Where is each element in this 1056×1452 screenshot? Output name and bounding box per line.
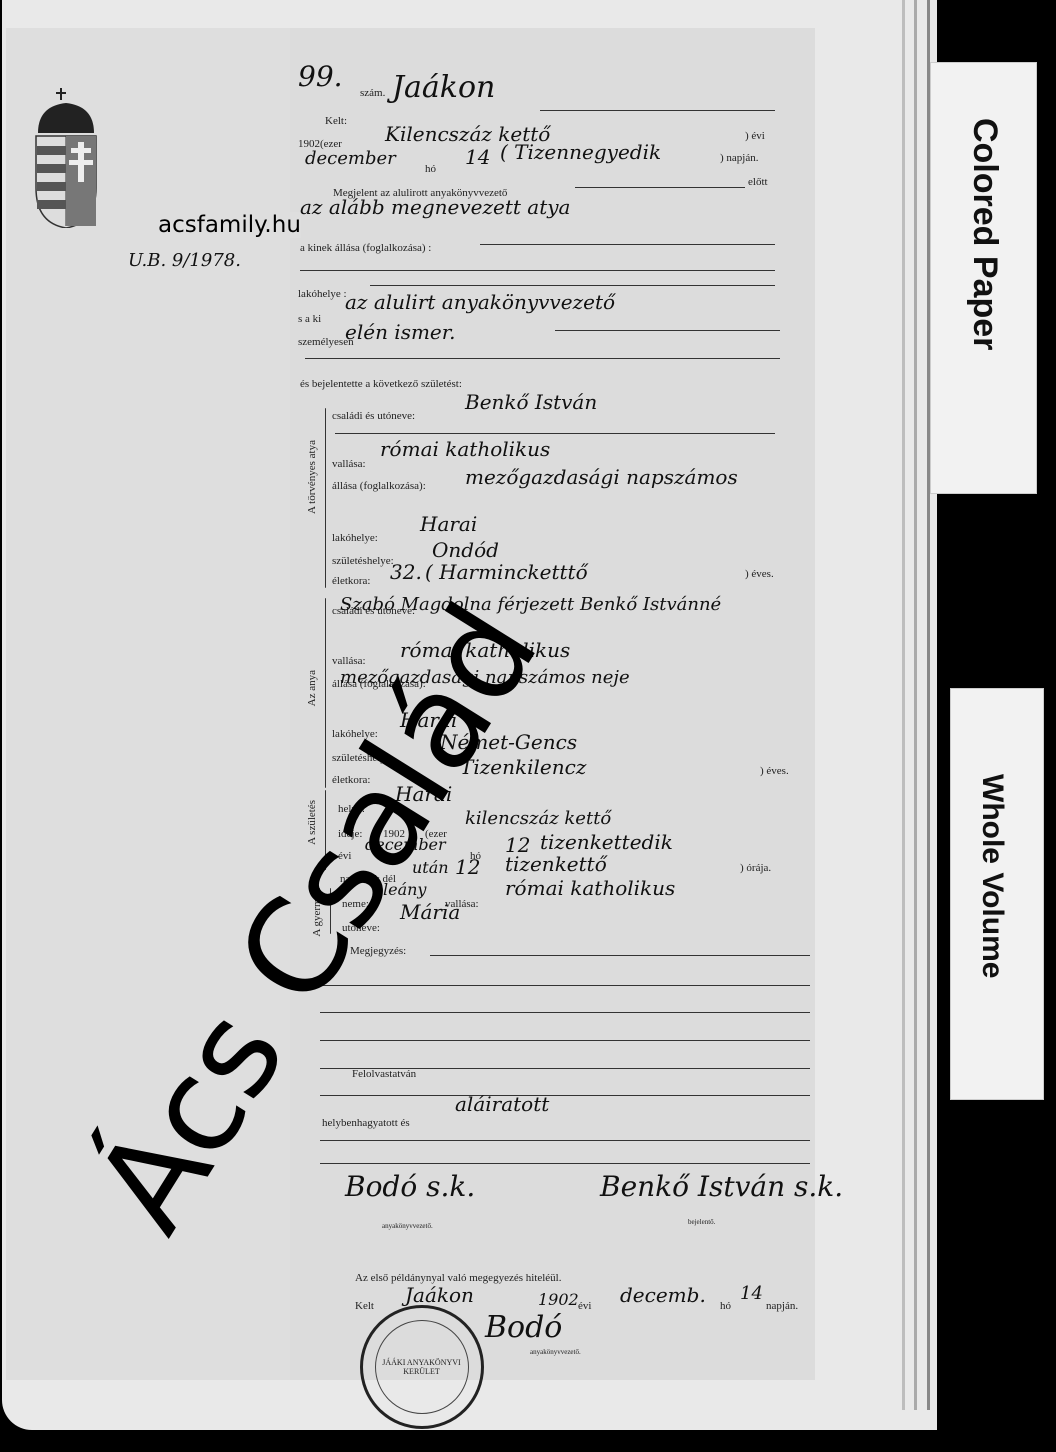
rule: [320, 1040, 810, 1041]
page-edge: [914, 0, 917, 1410]
day-value: 14: [465, 145, 490, 169]
rule: [430, 955, 810, 956]
occupation-label: a kinek állása (foglalkozása) :: [300, 242, 431, 254]
rule: [320, 1095, 810, 1096]
father-occupation-label: állása (foglalkozása):: [332, 480, 426, 492]
registrar-label: anyakönyvvezető.: [382, 1222, 433, 1230]
rule: [370, 285, 775, 286]
approved-value: aláiratott: [455, 1092, 549, 1116]
coat-of-arms-icon: [33, 88, 99, 228]
known-label: s a ki: [298, 313, 321, 325]
father-age-value: 32.: [390, 560, 422, 584]
tab-whole-volume-label: Whole Volume: [975, 774, 1009, 978]
rule: [555, 330, 780, 331]
cert-year-value: 1902: [538, 1290, 579, 1309]
tab-whole-volume: Whole Volume: [950, 688, 1044, 1100]
known-value: az alulirt anyakönyvvezető: [345, 290, 615, 314]
month-value: december: [305, 148, 396, 169]
day-words: ( Tizennegyedik: [500, 140, 661, 164]
person-value: elén ismer.: [345, 320, 456, 344]
father-age-words: ( Harmincketttő: [425, 560, 588, 584]
official-stamp: JÁÁKI ANYAKÖNYVI KERÜLET: [360, 1305, 484, 1429]
rule: [320, 1140, 810, 1141]
number-label: szám.: [360, 87, 385, 99]
tab-colored-paper: Colored Paper: [930, 62, 1037, 494]
birth-year-words: kilencszáz kettő: [465, 808, 611, 829]
father-section-label: A törvényes atya: [306, 440, 318, 514]
registrar-signature: Bodó s.k.: [345, 1170, 475, 1203]
cert-registrar-label: anyakönyvvezető.: [530, 1348, 581, 1356]
rule: [300, 270, 775, 271]
reporter-label: bejelentő.: [688, 1218, 715, 1226]
rule: [335, 433, 775, 434]
before-label: előtt: [748, 176, 768, 188]
rule: [320, 985, 810, 986]
child-religion-value: római katholikus: [505, 876, 675, 900]
kelt-value: Jaákon: [392, 70, 495, 105]
father-residence-value: Harai: [420, 512, 477, 536]
year-suffix: ) évi: [745, 130, 765, 142]
page-edge: [902, 0, 905, 1410]
month-label: hó: [425, 163, 436, 175]
rule: [305, 358, 780, 359]
cert-day-value: 14: [740, 1283, 763, 1304]
mother-section-label: Az anya: [306, 670, 318, 706]
father-age-label: életkora:: [332, 575, 370, 587]
kelt-label: Kelt:: [325, 115, 347, 127]
record-number: 99.: [298, 60, 343, 93]
rule: [320, 1163, 810, 1164]
reporter-signature: Benkő István s.k.: [600, 1170, 843, 1203]
father-name-label: családi és utóneve:: [332, 410, 415, 422]
watermark-site: acsfamily.hu: [158, 212, 301, 238]
father-birthplace-label: születéshelye:: [332, 555, 394, 567]
residence-label: lakóhelye :: [298, 288, 347, 300]
birth-hour-suffix: ) órája.: [740, 862, 771, 874]
birth-hour-value: 12: [455, 855, 480, 879]
rule: [540, 110, 775, 111]
tab-colored-paper-label: Colored Paper: [965, 118, 1004, 350]
mother-name-value: Szabó Magdolna férjezett Benkő Istvánné: [340, 592, 780, 618]
cert-signature: Bodó: [485, 1310, 562, 1345]
cert-evi-label: évi: [578, 1300, 591, 1312]
rule: [575, 187, 745, 188]
read-label: Felolvastatván: [352, 1068, 416, 1080]
mother-age-suffix: ) éves.: [760, 765, 789, 777]
father-religion-value: római katholikus: [380, 437, 550, 461]
cert-month-value: decemb.: [620, 1283, 706, 1307]
cert-kelt-label: Kelt: [355, 1300, 374, 1312]
cert-kelt-value: Jaákon: [405, 1283, 474, 1307]
father-religion-label: vallása:: [332, 458, 366, 470]
appeared-value: az alább megnevezett atya: [300, 195, 570, 219]
approved-label: helybenhagyatott és: [322, 1117, 410, 1129]
stamp-text: JÁÁKI ANYAKÖNYVI KERÜLET: [369, 1358, 474, 1376]
cert-napjan-label: napján.: [766, 1300, 798, 1312]
birth-hour-words: tizenkettő: [505, 852, 607, 876]
father-occupation-value: mezőgazdasági napszámos: [465, 465, 738, 489]
rule: [480, 244, 775, 245]
father-residence-label: lakóhelye:: [332, 532, 378, 544]
reported-label: és bejelentette a következő születést:: [300, 378, 462, 390]
archive-reference: U.B. 9/1978.: [128, 250, 241, 271]
father-name-value: Benkő István: [465, 390, 597, 414]
cert-ho-label: hó: [720, 1300, 731, 1312]
father-birthplace-value: Ondód: [432, 538, 499, 562]
birth-day-words: tizenkettedik: [540, 830, 673, 854]
father-age-suffix: ) éves.: [745, 568, 774, 580]
day-suffix: ) napján.: [720, 152, 758, 164]
rule: [320, 1012, 810, 1013]
brace: [325, 408, 326, 588]
